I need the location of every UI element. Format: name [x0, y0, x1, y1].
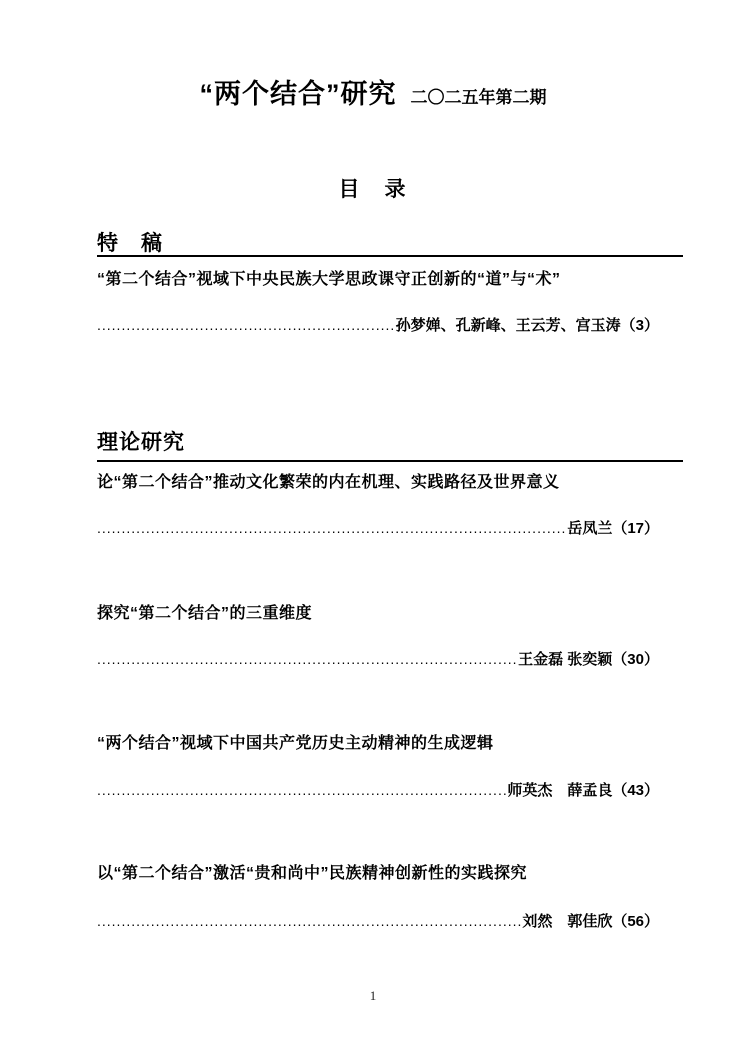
dot-leader: [97, 650, 518, 669]
article-title: “两个结合”视域下中国共产党历史主动精神的生成逻辑: [97, 734, 683, 754]
authors-line: 孙梦婵、孔新峰、王云芳、宫玉涛（3）: [97, 316, 683, 335]
toc-page: “两个结合”研究二〇二五年第二期 目 录 特 稿 “第二个结合”视域下中央民族大…: [0, 0, 746, 1052]
journal-title: “两个结合”研究: [200, 79, 397, 109]
article-title: 探究“第二个结合”的三重维度: [97, 604, 683, 624]
dot-leader: [97, 781, 507, 800]
dot-leader: [97, 316, 396, 335]
dot-leader: [97, 912, 522, 931]
section-heading-label: 特 稿: [97, 232, 163, 255]
authors-page: 王金磊 张奕颖（30）: [518, 650, 659, 669]
authors-page: 师英杰 薛孟良（43）: [507, 781, 659, 800]
article-title: “第二个结合”视域下中央民族大学思政课守正创新的“道”与“术”: [97, 270, 683, 290]
dot-leader: [97, 519, 567, 538]
authors-line: 王金磊 张奕颖（30）: [97, 650, 683, 669]
authors-line: 岳凤兰（17）: [97, 519, 683, 538]
article-title: 论“第二个结合”推动文化繁荣的内在机理、实践路径及世界意义: [97, 473, 683, 493]
section-heading-label: 理论研究: [97, 431, 185, 454]
authors-line: 刘然 郭佳欣（56）: [97, 912, 683, 931]
issue-label: 二〇二五年第二期: [411, 88, 547, 107]
article-title: 以“第二个结合”激活“贵和尚中”民族精神创新性的实践探究: [97, 864, 683, 884]
toc-title: 目 录: [0, 173, 746, 203]
authors-page: 岳凤兰（17）: [567, 519, 659, 538]
section-heading-theoretical-research: 理论研究: [97, 432, 683, 462]
toc-content: 特 稿 “第二个结合”视域下中央民族大学思政课守正创新的“道”与“术” 孙梦婵、…: [97, 233, 683, 931]
authors-page: 刘然 郭佳欣（56）: [522, 912, 659, 931]
authors-page: 孙梦婵、孔新峰、王云芳、宫玉涛（3）: [396, 316, 659, 335]
section-heading-special-contribution: 特 稿: [97, 233, 683, 257]
authors-line: 师英杰 薛孟良（43）: [97, 781, 683, 800]
page-number: 1: [0, 988, 746, 1004]
masthead: “两个结合”研究二〇二五年第二期: [0, 0, 746, 111]
